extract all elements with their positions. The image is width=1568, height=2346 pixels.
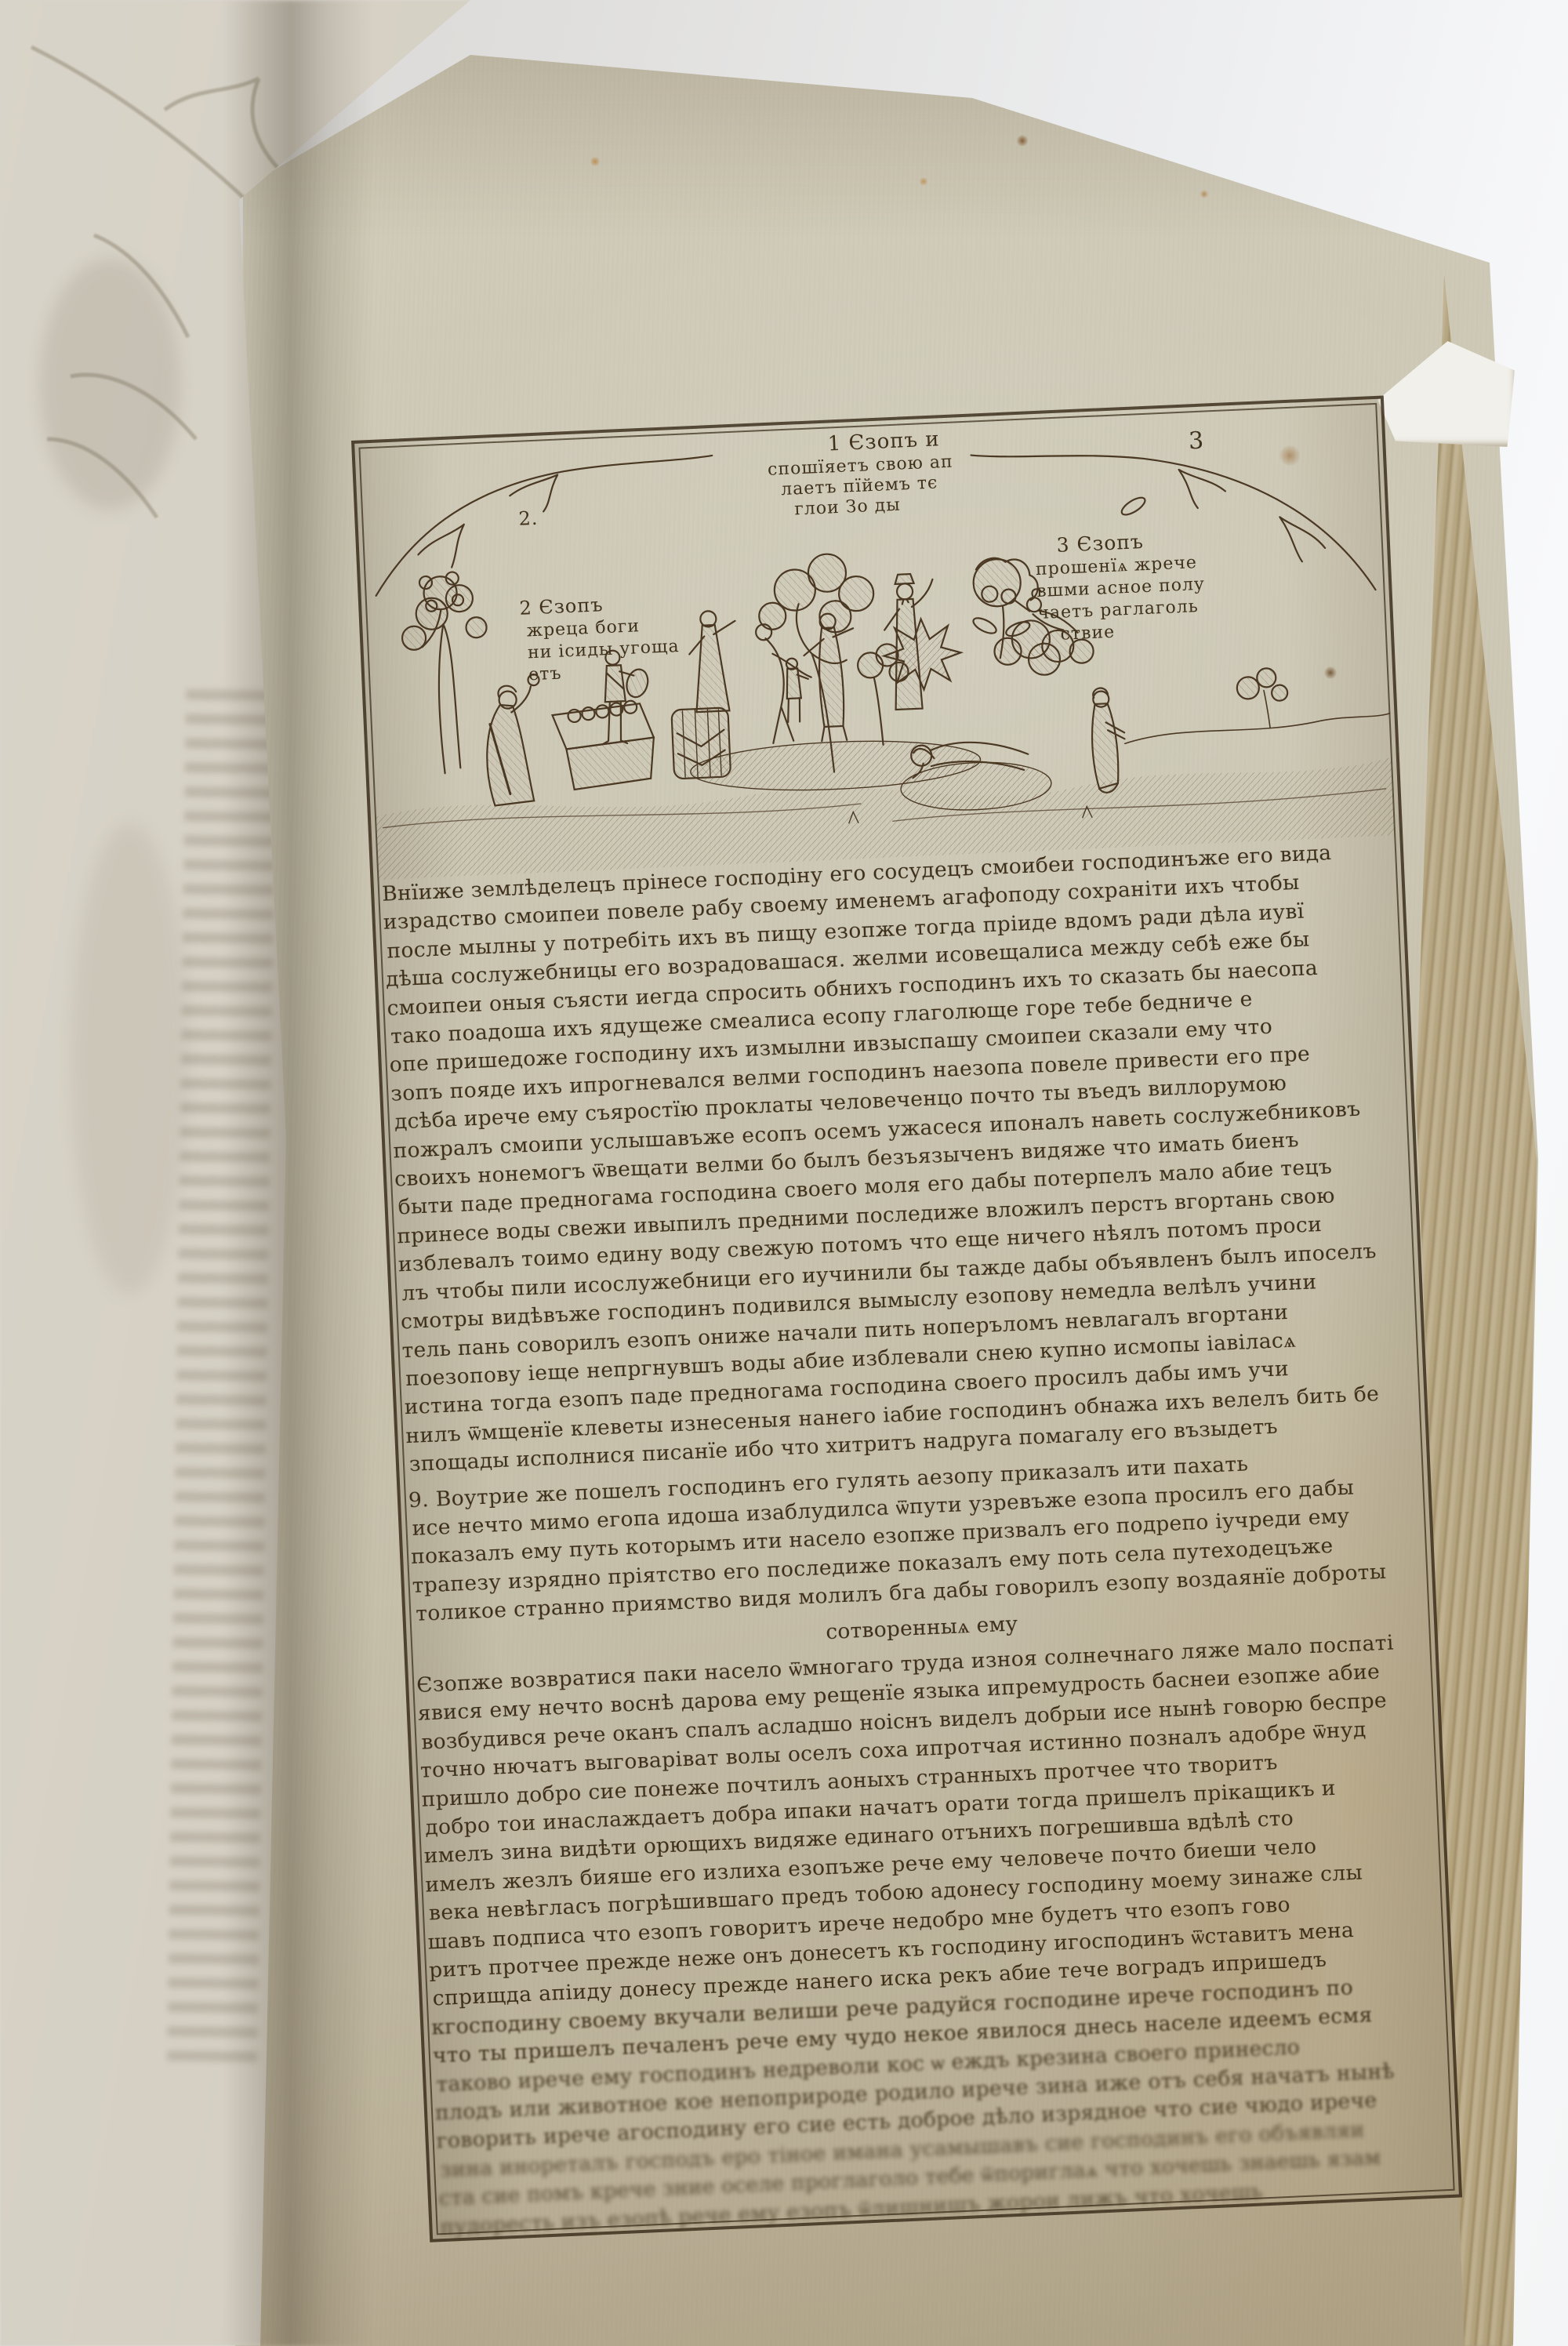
caption-scene2-line: ни ісиды угоща (527, 637, 680, 663)
caption-scene1-line: глои Зо ды (794, 496, 901, 520)
caption-scene1-line: 1 Єзопъ и (827, 427, 940, 456)
caption-scene3-line: чаетъ раглаголь (1037, 597, 1199, 623)
caption-scene2-line: 2 Єзопъ (519, 594, 604, 619)
caption-scene2-line: етъ (528, 664, 562, 685)
printed-page-block: 1 Єзопъ и спошїяетъ свою ап лаетъ пїйемъ… (351, 396, 1462, 2242)
foxing-spot (590, 157, 601, 166)
page-number: 3 (1188, 427, 1205, 456)
gutter-shadow (223, 0, 372, 2346)
foxing-spot (1016, 135, 1029, 147)
show-through-smudge (71, 823, 188, 1294)
caption-scene3-line: 3 Єзопъ (1056, 530, 1144, 557)
engraving-illustration: 1 Єзопъ и спошїяетъ свою ап лаетъ пїйемъ… (358, 403, 1396, 880)
caption-scene2-line: жреца боги (526, 616, 640, 641)
caption-scene3-line: ствие (1060, 623, 1116, 645)
praying-figure (1090, 687, 1127, 793)
page-top-shadow (235, 47, 1505, 298)
foxing-spot (919, 177, 928, 186)
photograph-of-open-antique-book: 1 Єзопъ и спошїяетъ свою ап лаетъ пїйемъ… (0, 0, 1568, 2346)
show-through-smudge (39, 259, 180, 510)
foxing-spot (1200, 190, 1209, 198)
letterpress-text-column: Внїиже землѣделецъ прінесе господіну его… (382, 836, 1455, 2242)
scene2-number: 2. (518, 507, 539, 530)
